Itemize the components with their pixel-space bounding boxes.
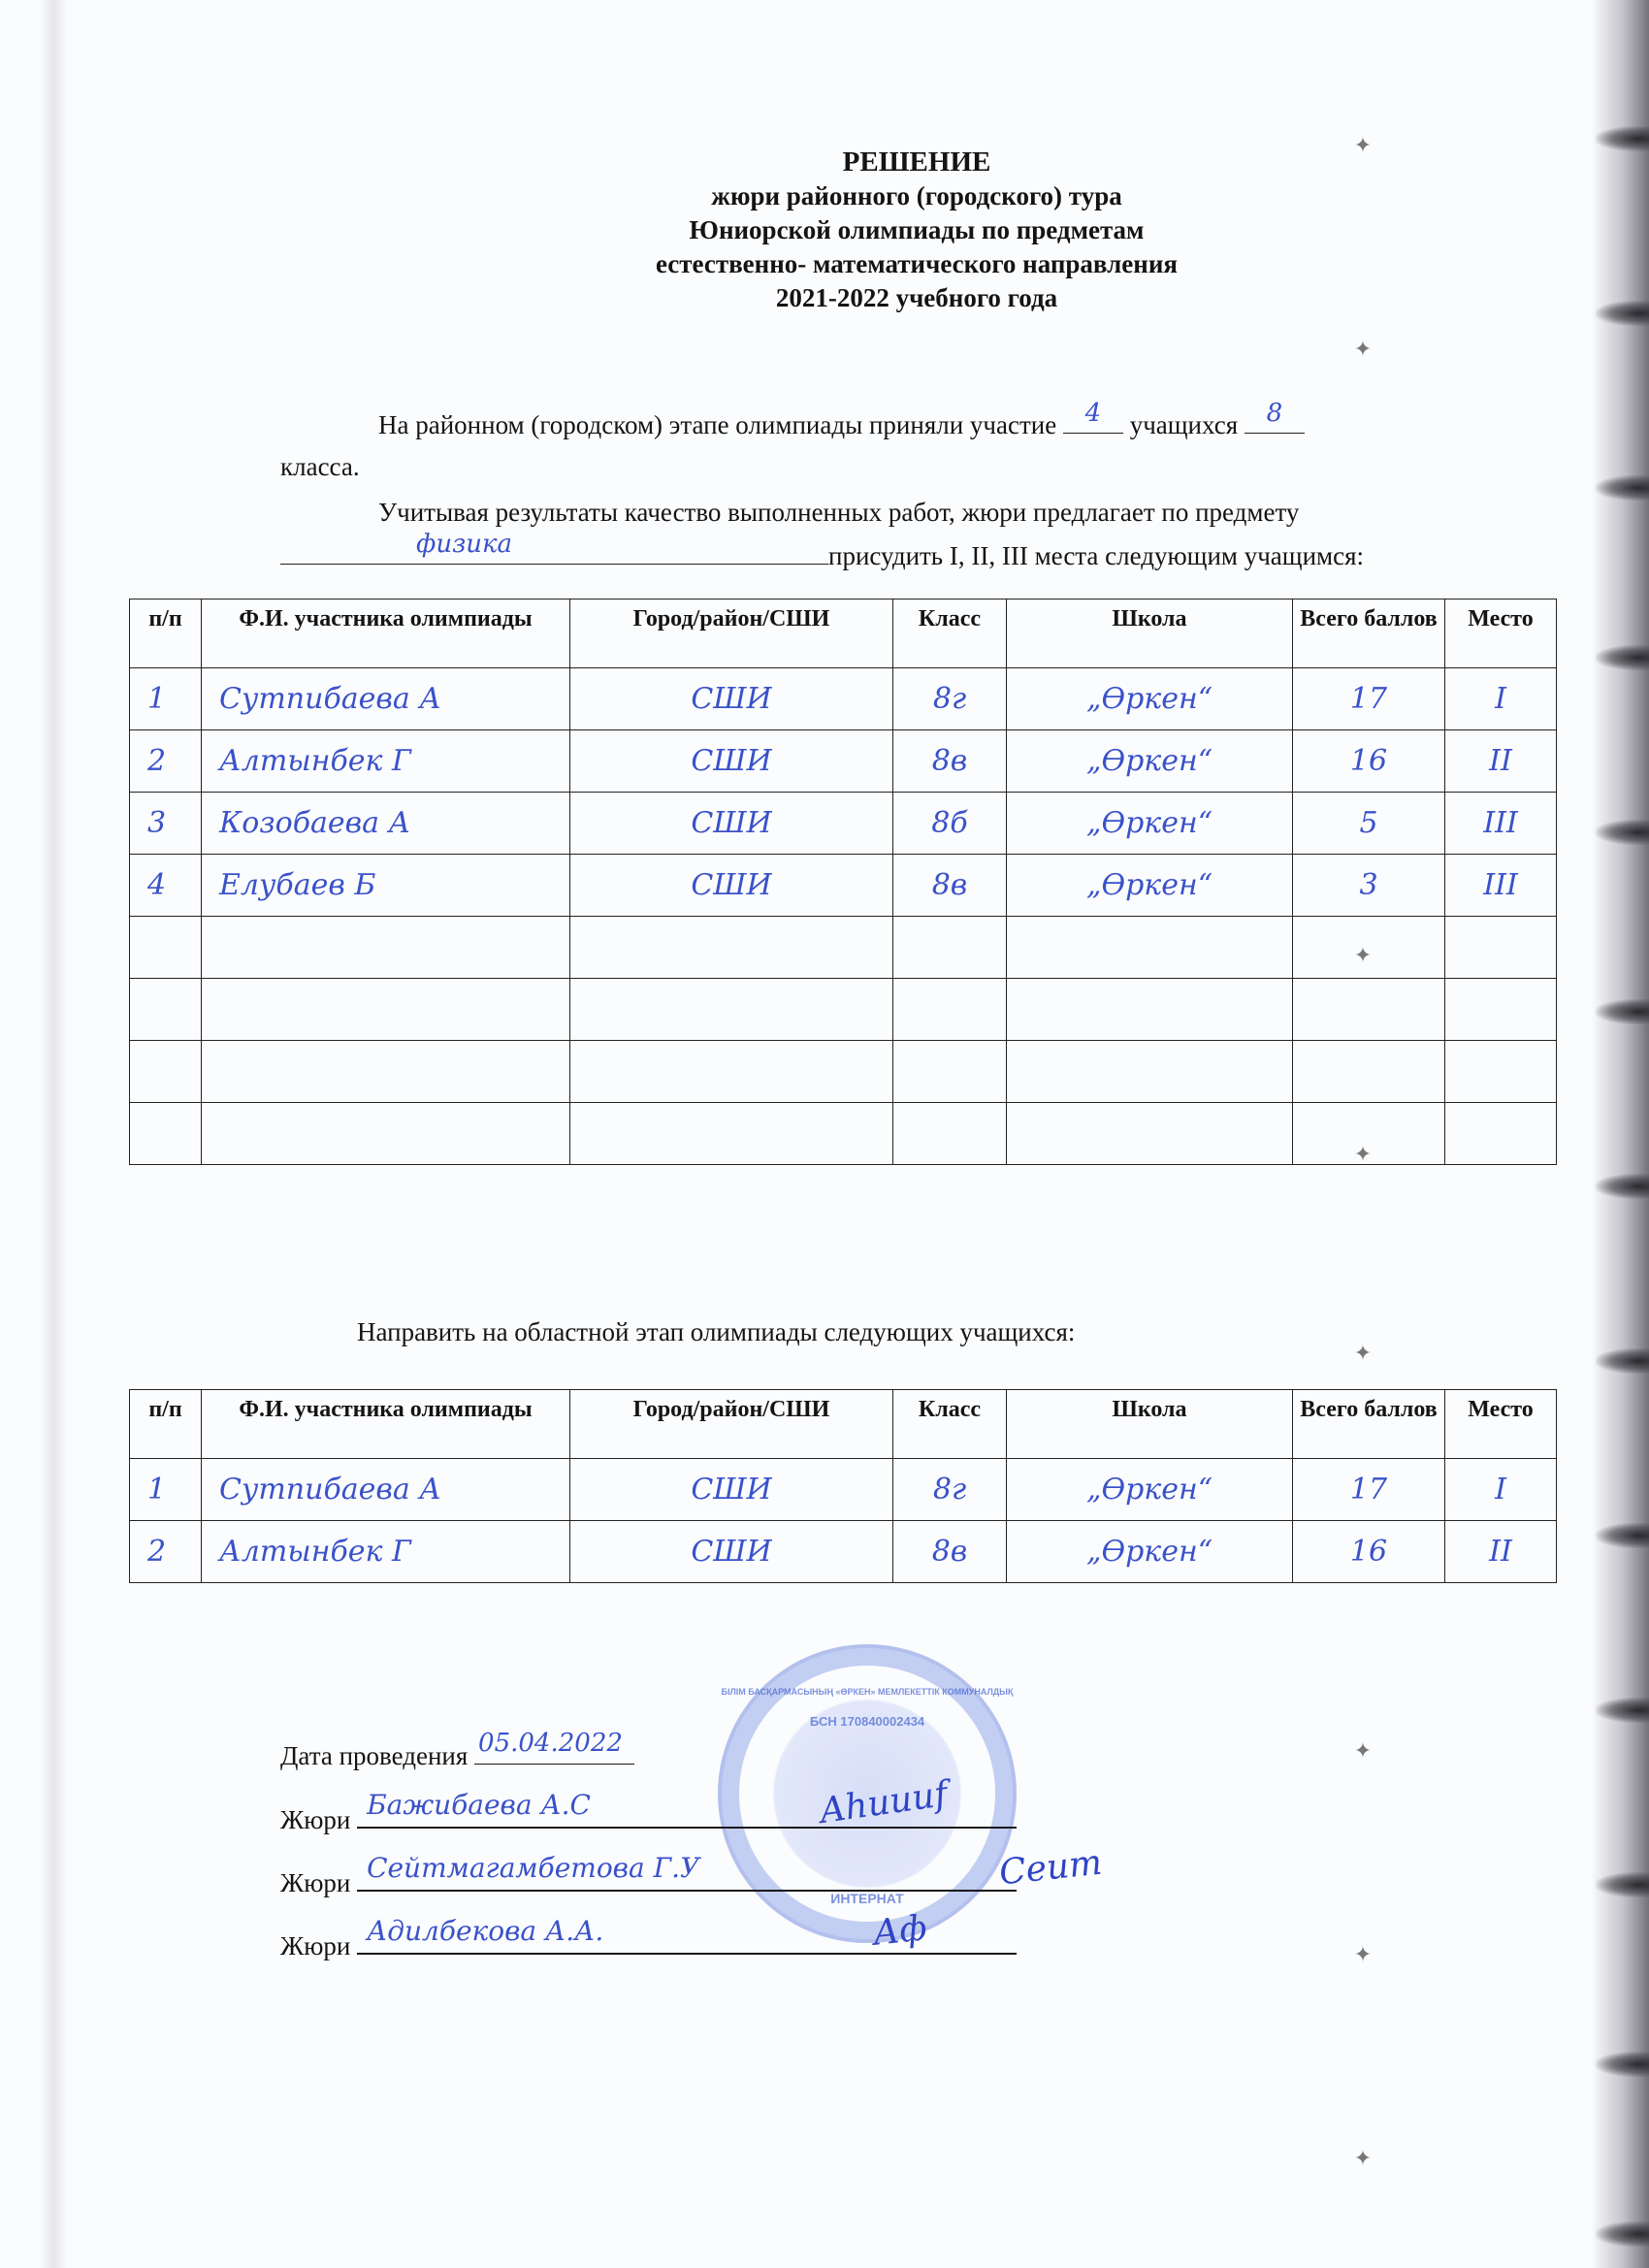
cell-name: Елубаев Б	[202, 855, 570, 917]
cell-place-value: I	[1495, 682, 1506, 716]
cell-grade-value: 8г	[933, 1473, 966, 1507]
table-header-row: п/п Ф.И. участника олимпиады Город/район…	[130, 599, 1557, 668]
table-row: 2Алтынбек ГСШИ8в„Өркен“16II	[130, 730, 1557, 793]
empty-cell	[202, 917, 570, 979]
cell-grade-value: 8в	[932, 744, 968, 778]
cell-score-value: 16	[1350, 1535, 1387, 1569]
cell-place: I	[1445, 1459, 1557, 1521]
binder-mark	[1596, 1698, 1649, 1723]
cell-grade: 8г	[893, 1459, 1007, 1521]
column-header-school: Школа	[1007, 599, 1293, 668]
empty-cell	[570, 979, 893, 1041]
intro-line: На районном (городском) этапе олимпиады …	[378, 407, 1305, 440]
empty-cell	[893, 1103, 1007, 1165]
empty-cell	[893, 979, 1007, 1041]
cell-school: „Өркен“	[1007, 668, 1293, 730]
column-header-num: п/п	[130, 599, 202, 668]
cell-place-value: III	[1483, 868, 1518, 902]
cell-place: III	[1445, 793, 1557, 855]
empty-cell	[1293, 917, 1445, 979]
binder-mark	[1596, 820, 1649, 845]
stamp-top-text: БІЛІМ БАСҚАРМАСЫНЫҢ «ӨРКЕН» МЕМЛЕКЕТТІК …	[722, 1687, 1014, 1697]
binder-mark	[1596, 2052, 1649, 2077]
intro-text: учащихся	[1130, 410, 1238, 439]
empty-cell	[1293, 979, 1445, 1041]
scan-speck: ✦	[1343, 2149, 1382, 2168]
empty-cell	[130, 979, 202, 1041]
participants-count-field: 4	[1063, 407, 1123, 434]
date-label: Дата проведения	[280, 1741, 468, 1770]
decision-text: присудить I, II, III места следующим уча…	[828, 541, 1364, 570]
cell-score-value: 17	[1350, 1473, 1387, 1507]
empty-cell	[1293, 1103, 1445, 1165]
scan-speck: ✦	[1343, 1344, 1382, 1363]
cell-school-value: „Өркен“	[1086, 682, 1212, 716]
cell-score-value: 16	[1350, 744, 1387, 778]
cell-name: Сутпибаева А	[202, 668, 570, 730]
cell-city-value: СШИ	[691, 744, 771, 778]
empty-cell	[570, 917, 893, 979]
intro-tail: класса.	[280, 451, 360, 482]
cell-name-value: Сутпибаева А	[202, 682, 569, 716]
binder-mark	[1596, 1523, 1649, 1548]
cell-grade-value: 8в	[932, 1535, 968, 1569]
empty-cell	[202, 1103, 570, 1165]
cell-city: СШИ	[570, 668, 893, 730]
empty-cell	[1007, 1103, 1293, 1165]
column-header-num: п/п	[130, 1390, 202, 1459]
table-header-row: п/п Ф.И. участника олимпиады Город/район…	[130, 1390, 1557, 1459]
cell-num-value: 4	[130, 868, 201, 902]
column-header-grade: Класс	[893, 599, 1007, 668]
scan-shadow-left	[39, 0, 68, 2268]
cell-name: Козобаева А	[202, 793, 570, 855]
cell-name-value: Елубаев Б	[202, 868, 569, 902]
cell-score: 5	[1293, 793, 1445, 855]
participants-count: 4	[1063, 398, 1123, 429]
table-row: 4Елубаев БСШИ8в„Өркен“3III	[130, 855, 1557, 917]
cell-school: „Өркен“	[1007, 855, 1293, 917]
cell-num: 2	[130, 1521, 202, 1583]
empty-cell	[202, 979, 570, 1041]
cell-place: II	[1445, 730, 1557, 793]
jury-label: Жюри	[280, 1805, 350, 1834]
cell-score: 17	[1293, 668, 1445, 730]
column-header-school: Школа	[1007, 1390, 1293, 1459]
jury-row: Жюри Сейтмагамбетова Г.У	[280, 1863, 1017, 1898]
jury-field: Сейтмагамбетова Г.У	[357, 1863, 1017, 1892]
jury-name: Адилбекова А.А.	[367, 1915, 603, 1947]
cell-place: II	[1445, 1521, 1557, 1583]
jury-label: Жюри	[280, 1868, 350, 1897]
cell-school-value: „Өркен“	[1086, 868, 1212, 902]
jury-label: Жюри	[280, 1931, 350, 1960]
binder-mark	[1596, 1872, 1649, 1897]
table-row: 1Сутпибаева АСШИ8г„Өркен“17I	[130, 668, 1557, 730]
cell-city: СШИ	[570, 1521, 893, 1583]
cell-score: 3	[1293, 855, 1445, 917]
cell-school-value: „Өркен“	[1086, 1535, 1212, 1569]
cell-score-value: 3	[1359, 868, 1377, 902]
date-field: 05.04.2022	[474, 1736, 634, 1765]
binder-mark	[1596, 2221, 1649, 2247]
regional-table: п/п Ф.И. участника олимпиады Город/район…	[129, 1389, 1557, 1583]
cell-num: 1	[130, 1459, 202, 1521]
cell-place-value: II	[1489, 744, 1512, 778]
empty-cell	[1007, 917, 1293, 979]
scan-speck: ✦	[1343, 1741, 1382, 1761]
grade-value: 8	[1245, 398, 1305, 429]
title-line: жюри районного (городского) тура	[0, 179, 1649, 213]
cell-city-value: СШИ	[691, 806, 771, 840]
binder-mark	[1596, 999, 1649, 1024]
empty-cell	[570, 1103, 893, 1165]
column-header-place: Место	[1445, 1390, 1557, 1459]
cell-num: 4	[130, 855, 202, 917]
cell-grade: 8в	[893, 855, 1007, 917]
empty-cell	[1293, 1041, 1445, 1103]
date-row: Дата проведения 05.04.2022	[280, 1736, 634, 1771]
scan-speck: ✦	[1343, 340, 1382, 359]
cell-name-value: Алтынбек Г	[202, 744, 569, 778]
cell-num: 3	[130, 793, 202, 855]
subject-value: физика	[280, 529, 828, 560]
cell-name-value: Козобаева А	[202, 806, 569, 840]
cell-num-value: 3	[130, 806, 201, 840]
empty-cell	[130, 1041, 202, 1103]
cell-school: „Өркен“	[1007, 1459, 1293, 1521]
cell-school-value: „Өркен“	[1086, 806, 1212, 840]
cell-city: СШИ	[570, 793, 893, 855]
winners-table: п/п Ф.И. участника олимпиады Город/район…	[129, 599, 1557, 1165]
cell-grade: 8в	[893, 1521, 1007, 1583]
cell-num: 2	[130, 730, 202, 793]
empty-cell	[1445, 979, 1557, 1041]
binder-mark	[1596, 1348, 1649, 1374]
column-header-place: Место	[1445, 599, 1557, 668]
cell-grade: 8г	[893, 668, 1007, 730]
cell-name: Сутпибаева А	[202, 1459, 570, 1521]
cell-num-value: 1	[130, 682, 201, 716]
date-value: 05.04.2022	[478, 1729, 623, 1758]
jury-signature: Сеит	[997, 1843, 1104, 1894]
decision-line: физикаприсудить I, II, III места следующ…	[280, 538, 1364, 571]
table-row: 2Алтынбек ГСШИ8в„Өркен“16II	[130, 1521, 1557, 1583]
cell-score: 17	[1293, 1459, 1445, 1521]
empty-cell	[893, 917, 1007, 979]
empty-table-row	[130, 1041, 1557, 1103]
cell-city: СШИ	[570, 1459, 893, 1521]
column-header-city: Город/район/СШИ	[570, 599, 893, 668]
cell-score-value: 5	[1359, 806, 1377, 840]
cell-school: „Өркен“	[1007, 793, 1293, 855]
cell-grade-value: 8в	[932, 868, 968, 902]
empty-cell	[130, 1103, 202, 1165]
scan-shadow-right	[1591, 0, 1649, 2268]
grade-field: 8	[1245, 407, 1305, 434]
cell-grade-value: 8г	[933, 682, 966, 716]
cell-name-value: Алтынбек Г	[202, 1535, 569, 1569]
cell-school: „Өркен“	[1007, 1521, 1293, 1583]
cell-school-value: „Өркен“	[1086, 744, 1212, 778]
scan-speck: ✦	[1343, 1945, 1382, 1964]
jury-name: Бажибаева А.С	[367, 1789, 591, 1821]
empty-cell	[1445, 1103, 1557, 1165]
cell-city-value: СШИ	[691, 868, 771, 902]
empty-cell	[893, 1041, 1007, 1103]
column-header-score: Всего баллов	[1293, 599, 1445, 668]
column-header-name: Ф.И. участника олимпиады	[202, 1390, 570, 1459]
title-line: 2021-2022 учебного года	[0, 281, 1649, 315]
column-header-grade: Класс	[893, 1390, 1007, 1459]
table-row: 1Сутпибаева АСШИ8г„Өркен“17I	[130, 1459, 1557, 1521]
empty-cell	[1007, 979, 1293, 1041]
cell-place: I	[1445, 668, 1557, 730]
cell-num-value: 2	[130, 1535, 201, 1569]
empty-cell	[1007, 1041, 1293, 1103]
empty-cell	[202, 1041, 570, 1103]
column-header-name: Ф.И. участника олимпиады	[202, 599, 570, 668]
empty-table-row	[130, 979, 1557, 1041]
decision-text: Учитывая результаты качество выполненных…	[378, 497, 1299, 528]
cell-city: СШИ	[570, 855, 893, 917]
intro-text: На районном (городском) этапе олимпиады …	[378, 410, 1056, 439]
cell-grade: 8в	[893, 730, 1007, 793]
regional-heading: Направить на областной этап олимпиады сл…	[357, 1316, 1075, 1347]
binder-mark	[1596, 1174, 1649, 1199]
column-header-score: Всего баллов	[1293, 1390, 1445, 1459]
title-line: естественно- математического направления	[0, 247, 1649, 281]
cell-place-value: III	[1483, 806, 1518, 840]
empty-cell	[1445, 1041, 1557, 1103]
cell-place-value: II	[1489, 1535, 1512, 1569]
jury-name: Сейтмагамбетова Г.У	[367, 1852, 699, 1884]
cell-city-value: СШИ	[691, 1473, 771, 1507]
jury-signature: Аф	[871, 1908, 928, 1954]
cell-place: III	[1445, 855, 1557, 917]
empty-table-row	[130, 917, 1557, 979]
title-line: РЕШЕНИЕ	[0, 146, 1649, 179]
binder-mark	[1596, 645, 1649, 670]
cell-num-value: 1	[130, 1473, 201, 1507]
subject-field: физика	[280, 538, 828, 565]
empty-cell	[570, 1041, 893, 1103]
stamp-bin: БСН 170840002434	[810, 1714, 924, 1729]
cell-grade: 8б	[893, 793, 1007, 855]
cell-city-value: СШИ	[691, 682, 771, 716]
cell-score: 16	[1293, 730, 1445, 793]
cell-school: „Өркен“	[1007, 730, 1293, 793]
cell-place-value: I	[1495, 1473, 1506, 1507]
cell-name: Алтынбек Г	[202, 1521, 570, 1583]
empty-table-row	[130, 1103, 1557, 1165]
table-row: 3Козобаева АСШИ8б„Өркен“5III	[130, 793, 1557, 855]
empty-cell	[1445, 917, 1557, 979]
cell-city-value: СШИ	[691, 1535, 771, 1569]
cell-school-value: „Өркен“	[1086, 1473, 1212, 1507]
title-line: Юниорской олимпиады по предметам	[0, 213, 1649, 247]
binder-mark	[1596, 475, 1649, 501]
cell-score: 16	[1293, 1521, 1445, 1583]
cell-num-value: 2	[130, 744, 201, 778]
cell-grade-value: 8б	[931, 806, 967, 840]
cell-num: 1	[130, 668, 202, 730]
cell-name-value: Сутпибаева А	[202, 1473, 569, 1507]
column-header-city: Город/район/СШИ	[570, 1390, 893, 1459]
cell-score-value: 17	[1350, 682, 1387, 716]
cell-city: СШИ	[570, 730, 893, 793]
cell-name: Алтынбек Г	[202, 730, 570, 793]
document-title: РЕШЕНИЕ жюри районного (городского) тура…	[0, 146, 1649, 315]
empty-cell	[130, 917, 202, 979]
